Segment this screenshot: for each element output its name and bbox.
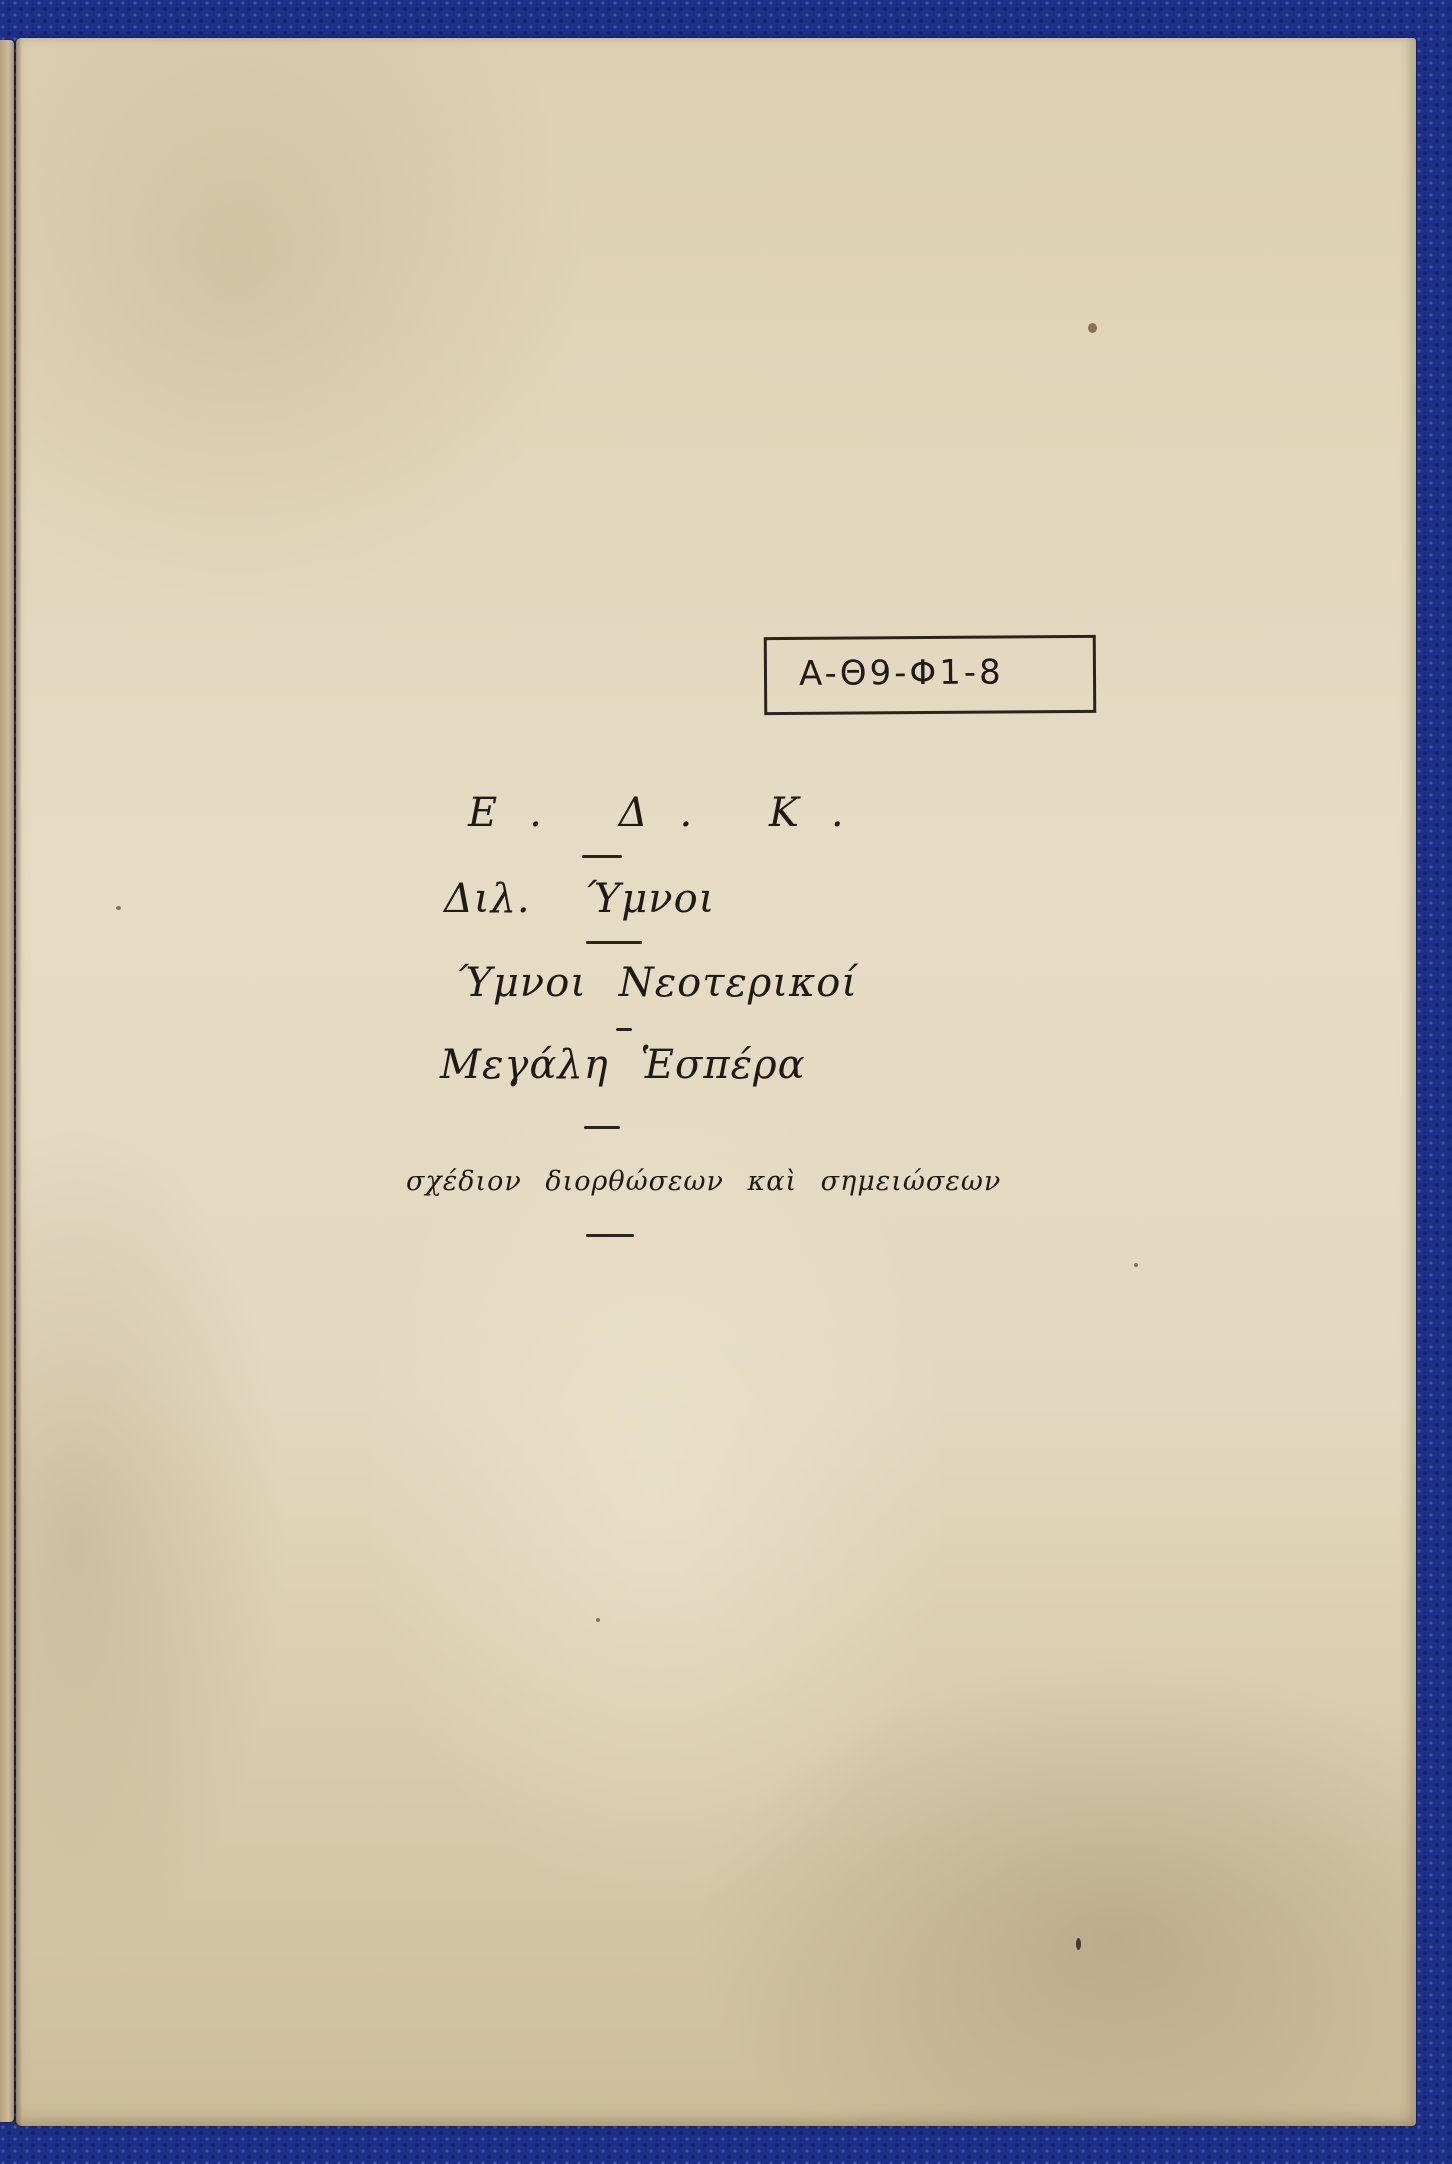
paper-blemish: [1134, 1263, 1138, 1267]
previous-page-edge: [0, 40, 14, 2122]
separator-dash: [616, 1028, 632, 1031]
manuscript-page: A-Θ9-Φ1-8 Ε. Δ. Κ. Διλ. Ύμνοι Ύμνοι Νεοτ…: [16, 38, 1416, 2126]
subtitle-line: σχέδιον διορθώσεων καὶ σημειώσεων: [406, 1166, 1001, 1197]
catalog-number: A-Θ9-Φ1-8: [799, 652, 1004, 693]
initials-line: Ε. Δ. Κ.: [468, 790, 876, 836]
separator-dash: [586, 1234, 634, 1237]
catalog-number-box: A-Θ9-Φ1-8: [764, 635, 1097, 715]
title-line-3: Μεγάλη Ἑσπέρα: [440, 1042, 806, 1088]
paper-blemish: [1088, 323, 1097, 333]
title-line-2: Ύμνοι Νεοτερικοί: [456, 960, 858, 1006]
separator-dash: [586, 941, 642, 944]
paper-blemish: [116, 906, 121, 910]
separator-dash: [582, 855, 622, 858]
separator-dash: [584, 1126, 620, 1129]
page-spine-shadow: [16, 38, 22, 2126]
title-line-1: Διλ. Ύμνοι: [444, 876, 715, 922]
paper-blemish: [596, 1618, 600, 1622]
ink-speck: [1076, 1938, 1081, 1950]
